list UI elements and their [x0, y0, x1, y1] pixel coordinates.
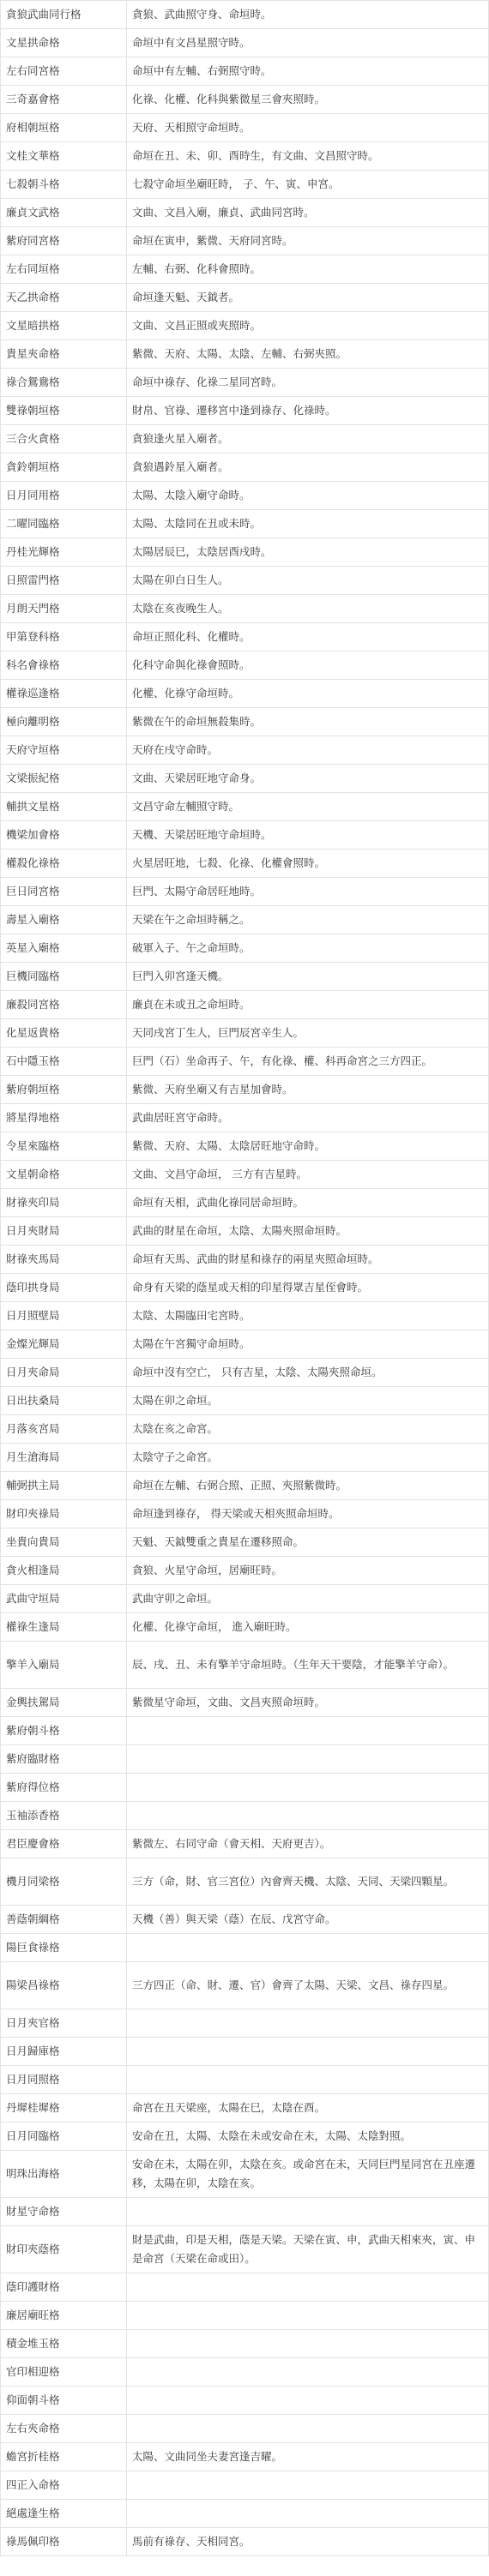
pattern-description-cell: 命垣中沒有空亡， 只有吉星，太陰、太陽夾照命垣。 [127, 1359, 489, 1387]
pattern-description-cell: 貪狼、火星守命垣，居廟旺時。 [127, 1557, 489, 1585]
pattern-description-cell: 紫微、天府、太陽、太陰居旺地守命時。 [127, 1132, 489, 1161]
pattern-name-cell: 甲第登科格 [1, 623, 127, 652]
pattern-description-cell: 太陽居辰巳，太陰居酉戌時。 [127, 538, 489, 567]
pattern-description-cell: 命垣中有左輔、右弼照守時。 [127, 57, 489, 86]
table-row: 月落亥宮局 太陰在亥之命宮。 [1, 1415, 489, 1444]
table-row: 府相朝垣格 天府、天相照守命垣時。 [1, 114, 489, 142]
pattern-name-cell: 廉貞文武格 [1, 199, 127, 227]
pattern-description-cell: 太陽在卯之命垣。 [127, 1387, 489, 1415]
pattern-name-cell: 日出扶桑局 [1, 1387, 127, 1415]
pattern-description-cell: 財是武曲，印是天相，蔭是天梁。天梁在寅、申，武曲天相來夾，寅、申是命宮（天梁在命… [127, 2226, 489, 2273]
pattern-name-cell: 文桂文華格 [1, 142, 127, 171]
table-row: 權祿生逢局 化權、化祿守命垣， 進入廟旺時。 [1, 1613, 489, 1642]
table-row: 天府守垣格 天府在戌守命時。 [1, 736, 489, 765]
pattern-name-cell: 輔拱文星格 [1, 793, 127, 821]
pattern-description-cell: 紫微在午的命垣無殺集時。 [127, 708, 489, 736]
pattern-name-cell: 財星守命格 [1, 2198, 127, 2226]
pattern-description-cell: 天梁在午之命垣時稱之。 [127, 906, 489, 934]
table-row: 金燦光輝局 太陽在午宮獨守命垣時。 [1, 1330, 489, 1359]
pattern-description-cell: 貪狼逢火星入廟者。 [127, 425, 489, 453]
table-row: 機月同梁格 三方（命，財、官三宮位）內會齊天機、太陰、天同、天梁四顆星。 [1, 1858, 489, 1906]
table-row: 壽星入廟格 天梁在午之命垣時稱之。 [1, 906, 489, 934]
table-row: 擎羊入廟局 辰、戌、丑、未有擎羊守命垣時。（生年天干要陰，才能擎羊守命）。 [1, 1642, 489, 1689]
table-row: 日月夾命局 命垣中沒有空亡， 只有吉星，太陰、太陽夾照命垣。 [1, 1359, 489, 1387]
table-row: 石中隱玉格 巨門（石）坐命再子、午，有化祿、權、科再命宮之三方四正。 [1, 1048, 489, 1076]
table-row: 七殺朝斗格 七殺守命垣坐廟旺時， 子、午、寅、申宮。 [1, 171, 489, 199]
pattern-description-cell: 命垣在左輔、右弼合照、正照、夾照紫微時。 [127, 1472, 489, 1500]
table-row: 廉殺同宮格 廉貞在未或丑之命垣時。 [1, 991, 489, 1019]
pattern-name-cell: 令星來臨格 [1, 1132, 127, 1161]
pattern-description-cell: 紫微左、右同守命（會天相、天府更吉）。 [127, 1830, 489, 1858]
pattern-name-cell: 三合火貪格 [1, 425, 127, 453]
pattern-name-cell: 文梁振紀格 [1, 765, 127, 793]
pattern-name-cell: 君臣慶會格 [1, 1830, 127, 1858]
table-row: 文星暗拱格 文曲、文昌正照或夾照時。 [1, 312, 489, 340]
pattern-description-cell: 安命在丑，太陽、太陰在未或安命在未，太陽、太陰對照。 [127, 2123, 489, 2151]
table-row: 日月歸庫格 [1, 2038, 489, 2066]
pattern-description-cell: 天機（善）與天梁（蔭）在辰、戊宮守命。 [127, 1906, 489, 1934]
pattern-description-cell: 財帛、官祿、遷移宮中逢到祿存、化祿時。 [127, 397, 489, 425]
table-row: 紫府朝斗格 [1, 1717, 489, 1745]
pattern-name-cell: 七殺朝斗格 [1, 171, 127, 199]
pattern-name-cell: 權祿巡逢格 [1, 680, 127, 708]
pattern-description-cell: 命垣有天相，武曲化祿同居命垣時。 [127, 1189, 489, 1217]
table-row: 貴星夾命格 紫微、天府、太陽、太陰、左輔、右弼夾照。 [1, 340, 489, 369]
table-row: 財星守命格 [1, 2198, 489, 2226]
pattern-name-cell: 武曲守垣局 [1, 1585, 127, 1613]
pattern-description-cell [127, 2387, 489, 2415]
pattern-name-cell: 科名會祿格 [1, 652, 127, 680]
pattern-name-cell: 官印相迎格 [1, 2358, 127, 2387]
pattern-description-cell [127, 2330, 489, 2358]
pattern-description-cell: 巨門、太陽守命居旺地時。 [127, 878, 489, 906]
table-row: 日月同用格 太陽、太陰入廟守命時。 [1, 482, 489, 510]
pattern-description-cell [127, 1745, 489, 1774]
table-row: 官印相迎格 [1, 2358, 489, 2387]
pattern-description-cell: 命垣逢天魁、天鉞者。 [127, 284, 489, 312]
table-row: 積金堆玉格 [1, 2330, 489, 2358]
table-row: 財印夾祿局 命垣逢到祿存， 得天梁或天相夾照命垣時。 [1, 1500, 489, 1528]
pattern-name-cell: 日月同用格 [1, 482, 127, 510]
pattern-description-cell [127, 2358, 489, 2387]
pattern-name-cell: 府相朝垣格 [1, 114, 127, 142]
pattern-description-cell [127, 1774, 489, 1802]
table-row: 輔拱文星格 文昌守命左輔照守時。 [1, 793, 489, 821]
pattern-description-cell: 天府在戌守命時。 [127, 736, 489, 765]
pattern-name-cell: 天乙拱命格 [1, 284, 127, 312]
table-row: 財祿夾印局 命垣有天相，武曲化祿同居命垣時。 [1, 1189, 489, 1217]
pattern-name-cell: 財祿夾馬局 [1, 1246, 127, 1274]
table-row: 機梁加會格 天機、天梁居旺地守命垣時。 [1, 821, 489, 850]
table-row: 四正入命格 [1, 2471, 489, 2500]
pattern-name-cell: 巨日同宮格 [1, 878, 127, 906]
pattern-description-cell [127, 1802, 489, 1830]
table-row: 君臣慶會格 紫微左、右同守命（會天相、天府更吉）。 [1, 1830, 489, 1858]
table-row: 二曜同臨格 太陽、太陰同在丑或未時。 [1, 510, 489, 538]
pattern-name-cell: 紫府朝垣格 [1, 1076, 127, 1104]
pattern-description-cell: 火星居旺地，七殺、化祿、化權會照時。 [127, 850, 489, 878]
table-row: 科名會祿格 化科守命與化祿會照時。 [1, 652, 489, 680]
table-row: 貪鈴朝垣格 貪狼遇鈴星入廟者。 [1, 453, 489, 482]
table-row: 蟾宮折桂格 太陽、文曲同坐夫妻宮逢吉曜。 [1, 2443, 489, 2471]
pattern-description-cell: 文昌守命左輔照守時。 [127, 793, 489, 821]
pattern-name-cell: 貴星夾命格 [1, 340, 127, 369]
pattern-description-cell [127, 1934, 489, 1962]
table-row: 武曲守垣局 武曲守卯之命垣。 [1, 1585, 489, 1613]
table-row: 紫府朝垣格 紫微、天府坐廟又有吉星加會時。 [1, 1076, 489, 1104]
pattern-description-cell: 太陰、太陽臨田宅宮時。 [127, 1302, 489, 1330]
pattern-name-cell: 四正入命格 [1, 2471, 127, 2500]
table-row: 丹桂光輝格 太陽居辰巳，太陰居酉戌時。 [1, 538, 489, 567]
pattern-description-cell: 紫微、天府、太陽、太陰、左輔、右弼夾照。 [127, 340, 489, 369]
table-row: 日月照壁局 太陰、太陽臨田宅宮時。 [1, 1302, 489, 1330]
pattern-name-cell: 月朗天門格 [1, 595, 127, 623]
pattern-name-cell: 陽巨食祿格 [1, 1934, 127, 1962]
pattern-name-cell: 輔弼拱主局 [1, 1472, 127, 1500]
pattern-name-cell: 將星得地格 [1, 1104, 127, 1132]
pattern-name-cell: 財祿夾印局 [1, 1189, 127, 1217]
pattern-description-cell: 命宮在丑天梁座，太陽在巳，太陰在酉。 [127, 2094, 489, 2123]
pattern-description-cell: 命垣中有文昌星照守時。 [127, 29, 489, 57]
pattern-name-cell: 巨機同臨格 [1, 963, 127, 991]
pattern-name-cell: 蔭印拱身局 [1, 1274, 127, 1302]
pattern-description-cell: 武曲的財星在命垣，太陰、太陽夾照命垣時。 [127, 1217, 489, 1246]
table-row: 貪狼武曲同行格 貪狼、武曲照守身、命垣時。 [1, 1, 489, 29]
pattern-description-cell [127, 2066, 489, 2094]
table-row: 財祿夾馬局 命垣有天馬、武曲的財星和祿存的兩星夾照命垣時。 [1, 1246, 489, 1274]
pattern-name-cell: 金輿扶駕局 [1, 1689, 127, 1717]
pattern-description-cell: 太陰在亥夜晚生人。 [127, 595, 489, 623]
table-row: 貪火相逢局 貪狼、火星守命垣，居廟旺時。 [1, 1557, 489, 1585]
pattern-description-cell: 天同戌宮丁生人，巨門辰宮辛生人。 [127, 1019, 489, 1048]
pattern-name-cell: 財印夾蔭格 [1, 2226, 127, 2273]
pattern-name-cell: 英星入廟格 [1, 934, 127, 963]
pattern-name-cell: 文星拱命格 [1, 29, 127, 57]
table-row: 月朗天門格 太陰在亥夜晚生人。 [1, 595, 489, 623]
pattern-description-cell: 天府、天相照守命垣時。 [127, 114, 489, 142]
table-row: 日月同臨格 安命在丑，太陽、太陰在未或安命在未，太陽、太陰對照。 [1, 2123, 489, 2151]
pattern-description-cell: 太陽在卯白日生人。 [127, 567, 489, 595]
pattern-description-cell: 命垣在寅申，紫微、天府同宮時。 [127, 227, 489, 255]
table-row: 權殺化祿格 火星居旺地，七殺、化祿、化權會照時。 [1, 850, 489, 878]
pattern-description-cell: 命垣逢到祿存， 得天梁或天相夾照命垣時。 [127, 1500, 489, 1528]
pattern-description-cell: 紫微星守命垣，文曲、文昌夾照命垣時。 [127, 1689, 489, 1717]
table-row: 蔭印護財格 [1, 2273, 489, 2302]
table-row: 將星得地格 武曲居旺宮守命時。 [1, 1104, 489, 1132]
pattern-name-cell: 日月歸庫格 [1, 2038, 127, 2066]
table-row: 左右同宮格 命垣中有左輔、右弼照守時。 [1, 57, 489, 86]
pattern-description-cell: 破軍入子、午之命垣時。 [127, 934, 489, 963]
pattern-description-cell: 三方（命，財、官三宮位）內會齊天機、太陰、天同、天梁四顆星。 [127, 1858, 489, 1906]
table-row: 丹墀桂墀格 命宮在丑天梁座，太陽在巳，太陰在酉。 [1, 2094, 489, 2123]
table-row: 廉居廟旺格 [1, 2302, 489, 2330]
pattern-description-cell: 化權、化祿守命垣時。 [127, 680, 489, 708]
pattern-name-cell: 丹桂光輝格 [1, 538, 127, 567]
pattern-name-cell: 陽梁昌祿格 [1, 1962, 127, 2009]
star-pattern-table: 貪狼武曲同行格 貪狼、武曲照守身、命垣時。 文星拱命格 命垣中有文昌星照守時。 … [0, 0, 489, 2556]
pattern-description-cell [127, 2471, 489, 2500]
pattern-name-cell: 丹墀桂墀格 [1, 2094, 127, 2123]
pattern-description-cell: 命垣正照化科、化權時。 [127, 623, 489, 652]
pattern-name-cell: 祿馬佩印格 [1, 2528, 127, 2556]
pattern-name-cell: 財印夾祿局 [1, 1500, 127, 1528]
pattern-description-cell [127, 2415, 489, 2443]
pattern-name-cell: 月生滄海局 [1, 1444, 127, 1472]
table-row: 絕處逢生格 [1, 2500, 489, 2528]
table-row: 極向離明格 紫微在午的命垣無殺集時。 [1, 708, 489, 736]
pattern-name-cell: 日月同照格 [1, 2066, 127, 2094]
pattern-description-cell: 太陽在午宮獨守命垣時。 [127, 1330, 489, 1359]
pattern-description-cell [127, 1717, 489, 1745]
table-row: 祿馬佩印格 馬前有祿存、天相同宮。 [1, 2528, 489, 2556]
pattern-name-cell: 日照雷門格 [1, 567, 127, 595]
table-row: 三合火貪格 貪狼逢火星入廟者。 [1, 425, 489, 453]
table-row: 金輿扶駕局 紫微星守命垣，文曲、文昌夾照命垣時。 [1, 1689, 489, 1717]
pattern-description-cell: 左輔、右弼、化科會照時。 [127, 255, 489, 284]
table-row: 左右同垣格 左輔、右弼、化科會照時。 [1, 255, 489, 284]
pattern-name-cell: 廉殺同宮格 [1, 991, 127, 1019]
pattern-name-cell: 機梁加會格 [1, 821, 127, 850]
pattern-name-cell: 坐貴向貴局 [1, 1528, 127, 1557]
pattern-description-cell: 貪狼、武曲照守身、命垣時。 [127, 1, 489, 29]
table-row: 文星拱命格 命垣中有文昌星照守時。 [1, 29, 489, 57]
pattern-name-cell: 日月夾官格 [1, 2009, 127, 2038]
pattern-name-cell: 日月同臨格 [1, 2123, 127, 2151]
table-row: 巨機同臨格 巨門入卯宮逢天機。 [1, 963, 489, 991]
pattern-name-cell: 日月照壁局 [1, 1302, 127, 1330]
pattern-name-cell: 絕處逢生格 [1, 2500, 127, 2528]
table-row: 紫府臨財格 [1, 1745, 489, 1774]
table-row: 輔弼拱主局 命垣在左輔、右弼合照、正照、夾照紫微時。 [1, 1472, 489, 1500]
pattern-description-cell [127, 2302, 489, 2330]
table-row: 紫府得位格 [1, 1774, 489, 1802]
pattern-name-cell: 廉居廟旺格 [1, 2302, 127, 2330]
pattern-name-cell: 權祿生逢局 [1, 1613, 127, 1642]
table-row: 文梁振紀格 文曲、天梁居旺地守命身。 [1, 765, 489, 793]
table-row: 仰面朝斗格 [1, 2387, 489, 2415]
pattern-description-cell: 太陰在亥之命宮。 [127, 1415, 489, 1444]
table-row: 英星入廟格 破軍入子、午之命垣時。 [1, 934, 489, 963]
pattern-description-cell: 化權、化祿守命垣， 進入廟旺時。 [127, 1613, 489, 1642]
pattern-name-cell: 石中隱玉格 [1, 1048, 127, 1076]
table-row: 天乙拱命格 命垣逢天魁、天鉞者。 [1, 284, 489, 312]
pattern-name-cell: 雙祿朝垣格 [1, 397, 127, 425]
pattern-name-cell: 左右同宮格 [1, 57, 127, 86]
table-row: 巨日同宮格 巨門、太陽守命居旺地時。 [1, 878, 489, 906]
table-row: 財印夾蔭格 財是武曲，印是天相，蔭是天梁。天梁在寅、申，武曲天相來夾，寅、申是命… [1, 2226, 489, 2273]
table-row: 權祿巡逢格 化權、化祿守命垣時。 [1, 680, 489, 708]
pattern-name-cell: 紫府得位格 [1, 1774, 127, 1802]
table-row: 文星朝命格 文曲、文昌守命垣， 三方有吉星時。 [1, 1161, 489, 1189]
table-row: 左右夾命格 [1, 2415, 489, 2443]
pattern-name-cell: 壽星入廟格 [1, 906, 127, 934]
table-row: 三奇嘉會格 化祿、化權、化科與紫微星三會夾照時。 [1, 86, 489, 114]
pattern-name-cell: 權殺化祿格 [1, 850, 127, 878]
table-row: 文桂文華格 命垣在丑、未、卯、酉時生，有文曲、文昌照守時。 [1, 142, 489, 171]
pattern-description-cell: 辰、戌、丑、未有擎羊守命垣時。（生年天干要陰，才能擎羊守命）。 [127, 1642, 489, 1689]
pattern-name-cell: 天府守垣格 [1, 736, 127, 765]
pattern-description-cell: 武曲居旺宮守命時。 [127, 1104, 489, 1132]
table-row: 蔭印拱身局 命身有天梁的蔭星或天相的印星得眾吉星侄會時。 [1, 1274, 489, 1302]
pattern-description-cell: 廉貞在未或丑之命垣時。 [127, 991, 489, 1019]
pattern-description-cell: 天魁、天鉞雙重之貴星在遷移照命。 [127, 1528, 489, 1557]
table-row: 月生滄海局 太陰守子之命宮。 [1, 1444, 489, 1472]
pattern-description-cell: 命垣中祿存、化祿二星同宮時。 [127, 369, 489, 397]
pattern-name-cell: 極向離明格 [1, 708, 127, 736]
pattern-name-cell: 祿合鴛鴦格 [1, 369, 127, 397]
pattern-name-cell: 仰面朝斗格 [1, 2387, 127, 2415]
pattern-name-cell: 金燦光輝局 [1, 1330, 127, 1359]
pattern-name-cell: 三奇嘉會格 [1, 86, 127, 114]
pattern-description-cell: 馬前有祿存、天相同宮。 [127, 2528, 489, 2556]
pattern-name-cell: 文星暗拱格 [1, 312, 127, 340]
pattern-description-cell: 武曲守卯之命垣。 [127, 1585, 489, 1613]
table-row: 陽梁昌祿格 三方四正（命、財、遷、官）會齊了太陽、天梁、文昌、祿存四星。 [1, 1962, 489, 2009]
table-row: 日出扶桑局 太陽在卯之命垣。 [1, 1387, 489, 1415]
table-row: 明珠出海格 安命在未，太陽在卯，太陰在亥。或命宮在未，天同巨門星同宮在丑座遷移，… [1, 2151, 489, 2198]
table-row: 玉袖添香格 [1, 1802, 489, 1830]
table-row: 化星返貴格 天同戌宮丁生人，巨門辰宮辛生人。 [1, 1019, 489, 1048]
pattern-description-cell: 命垣在丑、未、卯、酉時生，有文曲、文昌照守時。 [127, 142, 489, 171]
pattern-name-cell: 紫府朝斗格 [1, 1717, 127, 1745]
pattern-description-cell: 七殺守命垣坐廟旺時， 子、午、寅、申宮。 [127, 171, 489, 199]
pattern-description-cell: 貪狼遇鈴星入廟者。 [127, 453, 489, 482]
pattern-description-cell: 文曲、天梁居旺地守命身。 [127, 765, 489, 793]
table-body: 貪狼武曲同行格 貪狼、武曲照守身、命垣時。 文星拱命格 命垣中有文昌星照守時。 … [1, 1, 489, 2556]
pattern-name-cell: 善蔭朝綱格 [1, 1906, 127, 1934]
pattern-description-cell: 化祿、化權、化科與紫微星三會夾照時。 [127, 86, 489, 114]
pattern-description-cell: 太陰守子之命宮。 [127, 1444, 489, 1472]
pattern-description-cell [127, 2009, 489, 2038]
pattern-name-cell: 蔭印護財格 [1, 2273, 127, 2302]
pattern-name-cell: 積金堆玉格 [1, 2330, 127, 2358]
table-row: 日月夾財局 武曲的財星在命垣，太陰、太陽夾照命垣時。 [1, 1217, 489, 1246]
pattern-description-cell: 文曲、文昌入廟，廉貞、武曲同宮時。 [127, 199, 489, 227]
table-row: 雙祿朝垣格 財帛、官祿、遷移宮中逢到祿存、化祿時。 [1, 397, 489, 425]
table-row: 甲第登科格 命垣正照化科、化權時。 [1, 623, 489, 652]
pattern-name-cell: 機月同梁格 [1, 1858, 127, 1906]
table-row: 令星來臨格 紫微、天府、太陽、太陰居旺地守命時。 [1, 1132, 489, 1161]
pattern-name-cell: 明珠出海格 [1, 2151, 127, 2198]
table-row: 紫府同宮格 命垣在寅申，紫微、天府同宮時。 [1, 227, 489, 255]
pattern-name-cell: 文星朝命格 [1, 1161, 127, 1189]
pattern-description-cell [127, 2198, 489, 2226]
pattern-name-cell: 月落亥宮局 [1, 1415, 127, 1444]
table-row: 日月夾官格 [1, 2009, 489, 2038]
pattern-description-cell: 三方四正（命、財、遷、官）會齊了太陽、天梁、文昌、祿存四星。 [127, 1962, 489, 2009]
pattern-description-cell: 文曲、文昌正照或夾照時。 [127, 312, 489, 340]
table-row: 日月同照格 [1, 2066, 489, 2094]
pattern-name-cell: 紫府同宮格 [1, 227, 127, 255]
pattern-name-cell: 日月夾財局 [1, 1217, 127, 1246]
pattern-name-cell: 二曜同臨格 [1, 510, 127, 538]
pattern-name-cell: 蟾宮折桂格 [1, 2443, 127, 2471]
pattern-name-cell: 擎羊入廟局 [1, 1642, 127, 1689]
pattern-description-cell [127, 2273, 489, 2302]
pattern-name-cell: 化星返貴格 [1, 1019, 127, 1048]
pattern-name-cell: 紫府臨財格 [1, 1745, 127, 1774]
pattern-description-cell: 太陽、太陰入廟守命時。 [127, 482, 489, 510]
pattern-description-cell: 命身有天梁的蔭星或天相的印星得眾吉星侄會時。 [127, 1274, 489, 1302]
pattern-description-cell [127, 2038, 489, 2066]
pattern-description-cell [127, 2500, 489, 2528]
table-row: 日照雷門格 太陽在卯白日生人。 [1, 567, 489, 595]
pattern-description-cell: 太陽、太陰同在丑或未時。 [127, 510, 489, 538]
pattern-description-cell: 安命在未，太陽在卯，太陰在亥。或命宮在未，天同巨門星同宮在丑座遷移，太陽在卯，太… [127, 2151, 489, 2198]
pattern-description-cell: 化科守命與化祿會照時。 [127, 652, 489, 680]
table-row: 善蔭朝綱格 天機（善）與天梁（蔭）在辰、戊宮守命。 [1, 1906, 489, 1934]
pattern-name-cell: 貪火相逢局 [1, 1557, 127, 1585]
table-row: 陽巨食祿格 [1, 1934, 489, 1962]
pattern-description-cell: 命垣有天馬、武曲的財星和祿存的兩星夾照命垣時。 [127, 1246, 489, 1274]
pattern-name-cell: 左右夾命格 [1, 2415, 127, 2443]
pattern-name-cell: 貪鈴朝垣格 [1, 453, 127, 482]
pattern-name-cell: 玉袖添香格 [1, 1802, 127, 1830]
pattern-description-cell: 天機、天梁居旺地守命垣時。 [127, 821, 489, 850]
pattern-description-cell: 巨門入卯宮逢天機。 [127, 963, 489, 991]
pattern-description-cell: 巨門（石）坐命再子、午，有化祿、權、科再命宮之三方四正。 [127, 1048, 489, 1076]
table-row: 祿合鴛鴦格 命垣中祿存、化祿二星同宮時。 [1, 369, 489, 397]
pattern-name-cell: 貪狼武曲同行格 [1, 1, 127, 29]
pattern-description-cell: 文曲、文昌守命垣， 三方有吉星時。 [127, 1161, 489, 1189]
table-row: 坐貴向貴局 天魁、天鉞雙重之貴星在遷移照命。 [1, 1528, 489, 1557]
pattern-name-cell: 日月夾命局 [1, 1359, 127, 1387]
pattern-description-cell: 紫微、天府坐廟又有吉星加會時。 [127, 1076, 489, 1104]
pattern-name-cell: 左右同垣格 [1, 255, 127, 284]
pattern-description-cell: 太陽、文曲同坐夫妻宮逢吉曜。 [127, 2443, 489, 2471]
table-row: 廉貞文武格 文曲、文昌入廟，廉貞、武曲同宮時。 [1, 199, 489, 227]
